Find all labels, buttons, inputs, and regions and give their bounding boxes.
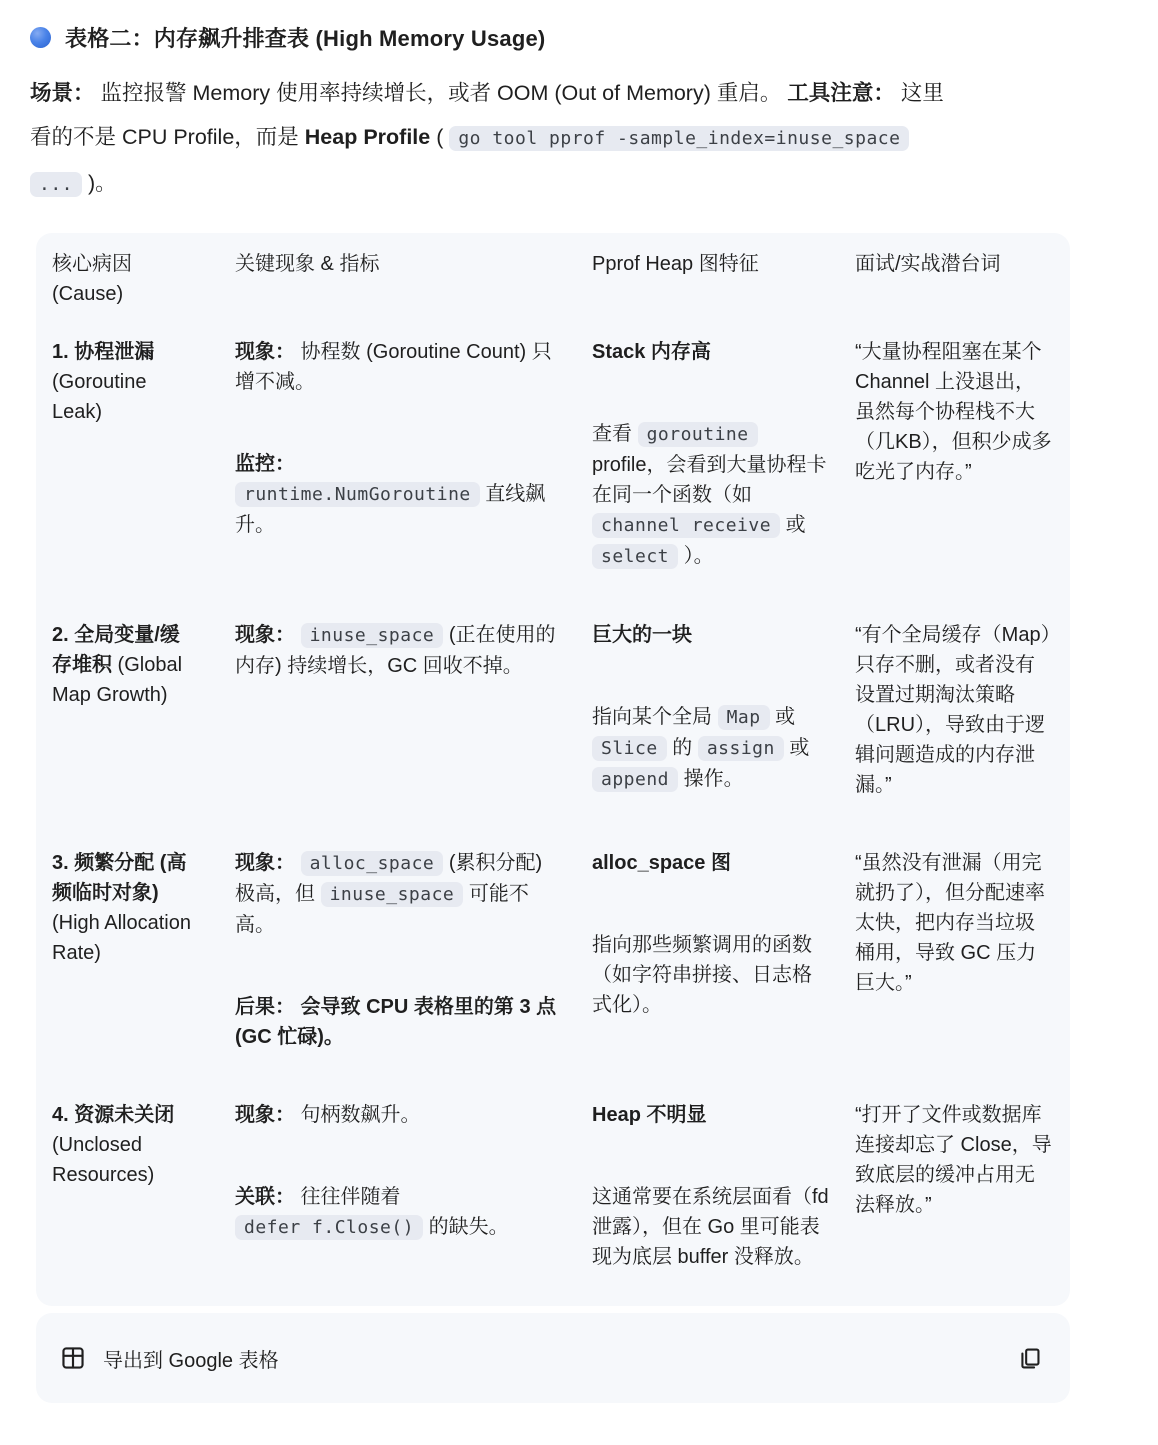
table-cell: “打开了文件或数据库连接却忘了 Close，导致底层的缓冲占用无法释放。” [855,1100,1054,1272]
column-header-cause: 核心病因 (Cause) [52,249,235,309]
table-cell: Stack 内存高查看 goroutine profile，会看到大量协程卡在同… [592,337,855,572]
table-cell: 现象： 句柄数飙升。关联： 往往伴随着 defer f.Close() 的缺失。 [235,1100,592,1272]
paragraph: 现象： alloc_space (累积分配) 极高，但 inuse_space … [235,848,566,940]
table-cell: 1. 协程泄漏 (Goroutine Leak) [52,337,235,572]
paragraph: “打开了文件或数据库连接却忘了 Close，导致底层的缓冲占用无法释放。” [855,1100,1052,1220]
section-title: 表格二：内存飙升排查表 (High Memory Usage) [65,22,545,53]
paragraph: 4. 资源未关闭 (Unclosed Resources) [52,1100,195,1190]
paragraph: 场景： 监控报警 Memory 使用率持续增长，或者 OOM (Out of M… [30,71,1070,207]
paragraph: “虽然没有泄漏（用完就扔了），但分配速率太快，把内存当垃圾桶用，导致 GC 压力… [855,848,1052,998]
memory-troubleshooting-table: 核心病因 (Cause) 关键现象 & 指标 Pprof Heap 图特征 面试… [36,233,1070,1306]
sheets-table-icon [60,1345,86,1371]
chat-response: 表格二：内存飙升排查表 (High Memory Usage) 场景： 监控报警… [0,0,1158,1403]
paragraph: Heap 不明显 [592,1100,829,1130]
inline-code: defer f.Close() [235,1215,423,1240]
inline-code: go tool pprof -sample_index=inuse_space [449,126,909,151]
paragraph: 3. 频繁分配 (高频临时对象) (High Allocation Rate) [52,848,195,968]
table-row-high-allocation-rate: 3. 频繁分配 (高频临时对象) (High Allocation Rate) … [52,848,1054,1052]
table-row-unclosed-resources: 4. 资源未关闭 (Unclosed Resources) 现象： 句柄数飙升。… [52,1100,1054,1272]
paragraph: 后果： 会导致 CPU 表格里的第 3 点 (GC 忙碌)。 [235,992,566,1052]
table-footer-bar: 导出到 Google 表格 [36,1313,1070,1403]
paragraph: 指向某个全局 Map 或 Slice 的 assign 或 append 操作。 [592,702,829,795]
table-cell: 3. 频繁分配 (高频临时对象) (High Allocation Rate) [52,848,235,1052]
table-cell: “有个全局缓存（Map）只存不删，或者没有设置过期淘汰策略（LRU），导致由于逻… [855,620,1054,800]
inline-code: ... [30,172,82,197]
inline-code: Slice [592,736,667,761]
inline-code: select [592,544,678,569]
paragraph: Stack 内存高 [592,337,829,367]
table-cell: 2. 全局变量/缓存堆积 (Global Map Growth) [52,620,235,800]
table-cell: “大量协程阻塞在某个 Channel 上没退出，虽然每个协程栈不大（几KB），但… [855,337,1054,572]
paragraph: 现象： 协程数 (Goroutine Count) 只增不减。 [235,337,566,397]
inline-code: goroutine [638,422,758,447]
inline-code: alloc_space [301,851,444,876]
table-cell: alloc_space 图指向那些频繁调用的函数（如字符串拼接、日志格式化）。 [592,848,855,1052]
copy-button[interactable] [1013,1342,1046,1375]
inline-code: runtime.NumGoroutine [235,482,480,507]
column-header-interview: 面试/实战潜台词 [855,249,1054,309]
table-cell: Heap 不明显这通常要在系统层面看（fd 泄露），但在 Go 里可能表现为底层… [592,1100,855,1272]
paragraph: 关联： 往往伴随着 defer f.Close() 的缺失。 [235,1182,566,1243]
copy-icon [1017,1346,1042,1371]
export-to-sheets-button[interactable]: 导出到 Google 表格 [60,1344,279,1373]
paragraph: “有个全局缓存（Map）只存不删，或者没有设置过期淘汰策略（LRU），导致由于逻… [855,620,1052,800]
inline-code: Map [718,705,770,730]
table-cell: 4. 资源未关闭 (Unclosed Resources) [52,1100,235,1272]
table-row-global-map-growth: 2. 全局变量/缓存堆积 (Global Map Growth) 现象： inu… [52,620,1054,800]
export-label: 导出到 Google 表格 [103,1344,279,1373]
bullet-icon [30,27,51,48]
paragraph: 监控：runtime.NumGoroutine 直线飙升。 [235,449,566,540]
intro-paragraph: 场景： 监控报警 Memory 使用率持续增长，或者 OOM (Out of M… [30,71,1070,207]
table-header-row: 核心病因 (Cause) 关键现象 & 指标 Pprof Heap 图特征 面试… [52,249,1054,309]
inline-code: append [592,767,678,792]
inline-code: channel receive [592,513,780,538]
paragraph: 现象： inuse_space (正在使用的内存) 持续增长，GC 回收不掉。 [235,620,566,681]
table-cell: “虽然没有泄漏（用完就扔了），但分配速率太快，把内存当垃圾桶用，导致 GC 压力… [855,848,1054,1052]
table-cell: 现象： inuse_space (正在使用的内存) 持续增长，GC 回收不掉。 [235,620,592,800]
paragraph: 巨大的一块 [592,620,829,650]
paragraph: 2. 全局变量/缓存堆积 (Global Map Growth) [52,620,195,710]
paragraph: 查看 goroutine profile，会看到大量协程卡在同一个函数（如 ch… [592,419,829,572]
paragraph: alloc_space 图 [592,848,829,878]
inline-code: assign [698,736,784,761]
paragraph: 1. 协程泄漏 (Goroutine Leak) [52,337,195,427]
table-cell: 现象： 协程数 (Goroutine Count) 只增不减。监控：runtim… [235,337,592,572]
table-row-goroutine-leak: 1. 协程泄漏 (Goroutine Leak) 现象： 协程数 (Gorout… [52,337,1054,572]
inline-code: inuse_space [321,882,464,907]
paragraph: 现象： 句柄数飙升。 [235,1100,566,1130]
column-header-symptoms: 关键现象 & 指标 [235,249,592,309]
paragraph: “大量协程阻塞在某个 Channel 上没退出，虽然每个协程栈不大（几KB），但… [855,337,1052,487]
table-cell: 现象： alloc_space (累积分配) 极高，但 inuse_space … [235,848,592,1052]
paragraph: 指向那些频繁调用的函数（如字符串拼接、日志格式化）。 [592,930,829,1020]
inline-code: inuse_space [301,623,444,648]
section-title-row: 表格二：内存飙升排查表 (High Memory Usage) [30,22,1128,53]
paragraph: 这通常要在系统层面看（fd 泄露），但在 Go 里可能表现为底层 buffer … [592,1182,829,1272]
column-header-pprof: Pprof Heap 图特征 [592,249,855,309]
table-cell: 巨大的一块指向某个全局 Map 或 Slice 的 assign 或 appen… [592,620,855,800]
